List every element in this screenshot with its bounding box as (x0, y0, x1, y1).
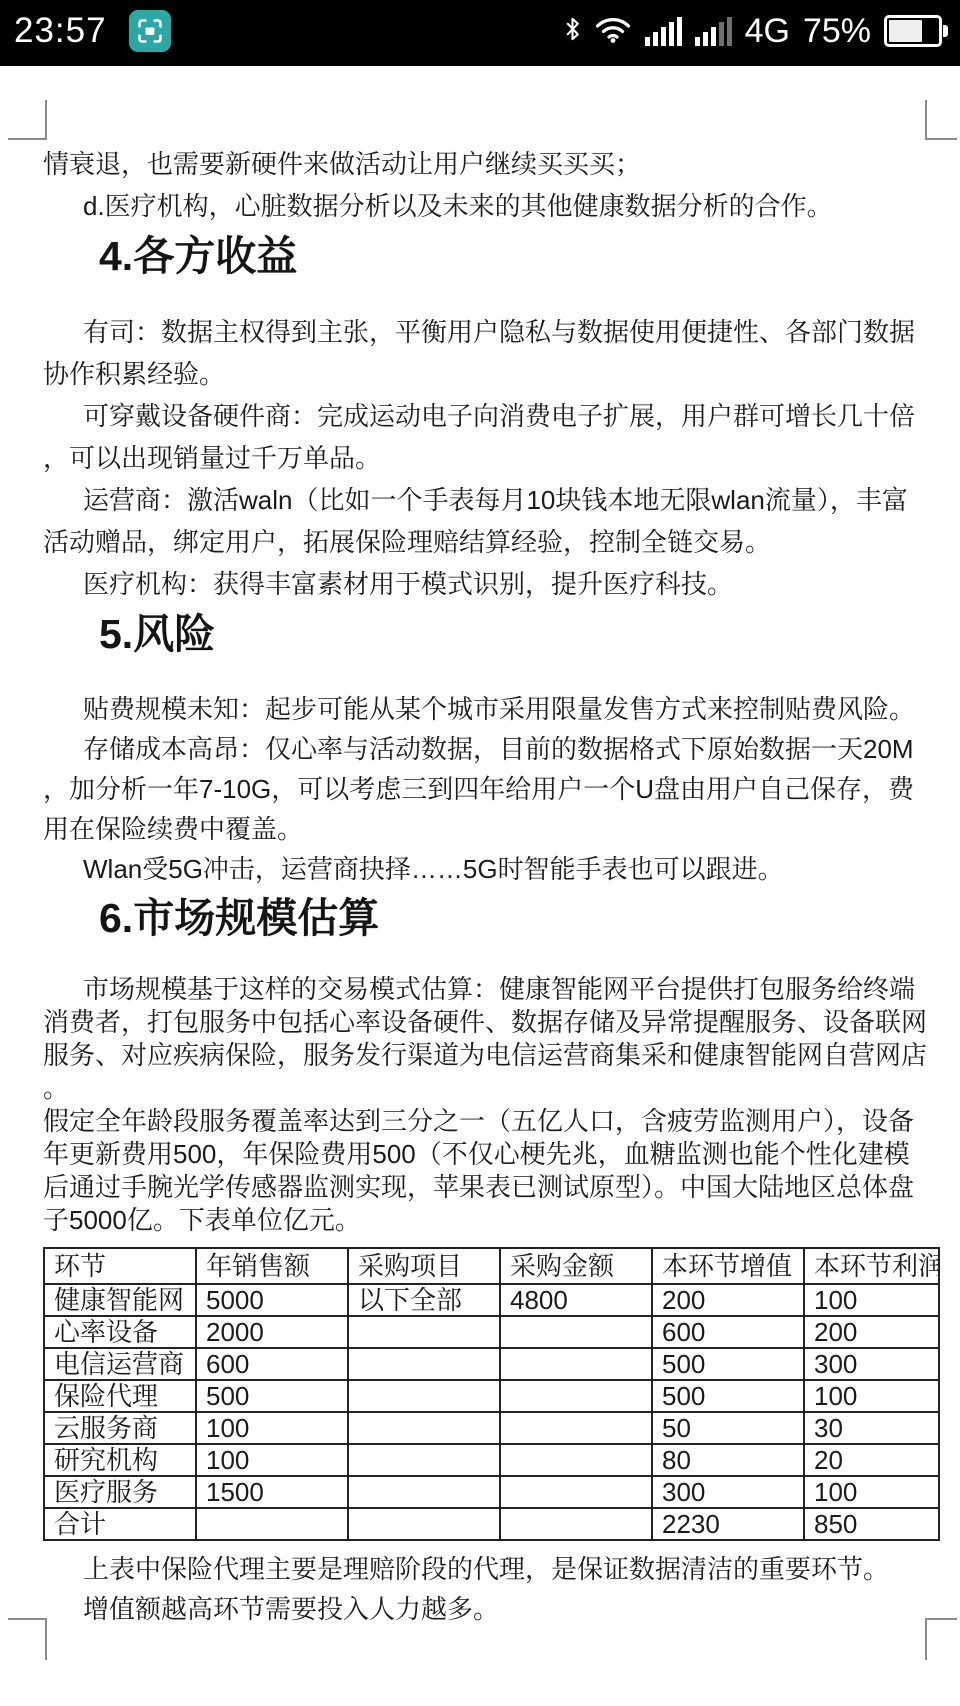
table-cell (500, 1412, 652, 1444)
table-cell: 850 (804, 1508, 939, 1540)
screenshot-icon (129, 10, 171, 52)
table-cell (196, 1508, 348, 1540)
page-corner-mark-bottom-left (8, 1618, 47, 1660)
status-bar-right-cluster: 4G 75% (551, 12, 950, 51)
paragraph: 有司：数据主权得到主张，平衡用户隐私与数据使用便捷性、各部门数据协作积累经验。 (43, 311, 928, 395)
page-corner-mark-top-right (925, 100, 957, 140)
table-cell (500, 1380, 652, 1412)
table-header-cell: 本环节增值 (652, 1248, 804, 1284)
table-cell: 500 (652, 1380, 804, 1412)
table-cell: 2230 (652, 1508, 804, 1540)
table-cell: 80 (652, 1444, 804, 1476)
document-page[interactable]: 情衰退，也需要新硬件来做活动让用户继续买买买；d.医疗机构，心脏数据分析以及未来… (0, 66, 960, 1706)
paragraph: 市场规模基于这样的交易模式估算：健康智能网平台提供打包服务给终端消费者，打包服务… (43, 973, 928, 1105)
battery-percent-label: 75% (803, 12, 871, 51)
battery-fill (889, 20, 922, 42)
page-corner-mark-bottom-right (925, 1618, 957, 1660)
table-cell: 健康智能网 (44, 1284, 196, 1316)
table-cell (500, 1508, 652, 1540)
status-bar: 23:57 4G (0, 0, 960, 66)
table-cell: 500 (652, 1348, 804, 1380)
table-row: 健康智能网5000以下全部4800200100 (44, 1284, 939, 1316)
document-section: 5.风险贴费规模未知：起步可能从某个城市采用限量发售方式来控制贴费风险。存储成本… (43, 609, 928, 889)
paragraph: 存储成本高昂：仅心率与活动数据，目前的数据格式下原始数据一天20M，加分析一年7… (43, 729, 928, 849)
table-cell: 心率设备 (44, 1316, 196, 1348)
table-row: 医疗服务1500300100 (44, 1476, 939, 1508)
table-cell: 200 (652, 1284, 804, 1316)
table-cell: 100 (804, 1284, 939, 1316)
table-cell: 以下全部 (348, 1284, 500, 1316)
paragraph: 上表中保险代理主要是理赔阶段的代理，是保证数据清洁的重要环节。 (43, 1549, 928, 1589)
document-section: 4.各方收益有司：数据主权得到主张，平衡用户隐私与数据使用便捷性、各部门数据协作… (43, 231, 928, 605)
battery-nub (943, 25, 948, 37)
table-cell: 300 (652, 1476, 804, 1508)
paragraph: d.医疗机构，心脏数据分析以及未来的其他健康数据分析的合作。 (43, 185, 928, 227)
paragraph: 假定全年龄段服务覆盖率达到三分之一（五亿人口，含疲劳监测用户），设备年更新费用5… (43, 1105, 928, 1237)
table-cell: 600 (196, 1348, 348, 1380)
paragraph: 增值额越高环节需要投入人力越多。 (43, 1589, 928, 1629)
battery-icon (884, 15, 942, 47)
table-header-cell: 年销售额 (196, 1248, 348, 1284)
paragraph: 情衰退，也需要新硬件来做活动让用户继续买买买； (43, 143, 928, 185)
table-cell (348, 1476, 500, 1508)
table-cell: 保险代理 (44, 1380, 196, 1412)
table-cell: 医疗服务 (44, 1476, 196, 1508)
clock: 23:57 (14, 11, 107, 51)
table-row: 保险代理500500100 (44, 1380, 939, 1412)
table-cell (348, 1316, 500, 1348)
table-cell: 100 (804, 1476, 939, 1508)
table-cell (348, 1412, 500, 1444)
table-cell: 100 (196, 1412, 348, 1444)
table-cell (348, 1348, 500, 1380)
table-cell: 100 (804, 1380, 939, 1412)
paragraph: Wlan受5G冲击，运营商抉择……5G时智能手表也可以跟进。 (43, 849, 928, 889)
table-cell: 5000 (196, 1284, 348, 1316)
table-cell: 云服务商 (44, 1412, 196, 1444)
signal-strength-icon-sim2 (695, 16, 732, 46)
table-cell (348, 1508, 500, 1540)
section-heading: 6.市场规模估算 (43, 893, 928, 943)
table-row: 云服务商1005030 (44, 1412, 939, 1444)
table-cell: 30 (804, 1412, 939, 1444)
signal-strength-icon-sim1 (645, 16, 682, 46)
table-cell (500, 1348, 652, 1380)
table-cell: 1500 (196, 1476, 348, 1508)
table-cell: 100 (196, 1444, 348, 1476)
leading-paragraphs: 情衰退，也需要新硬件来做活动让用户继续买买买；d.医疗机构，心脏数据分析以及未来… (43, 143, 928, 227)
table-cell: 4800 (500, 1284, 652, 1316)
table-cell: 20 (804, 1444, 939, 1476)
table-cell: 500 (196, 1380, 348, 1412)
table-cell (500, 1444, 652, 1476)
trailing-paragraphs: 上表中保险代理主要是理赔阶段的代理，是保证数据清洁的重要环节。增值额越高环节需要… (43, 1549, 928, 1629)
table-header-cell: 采购金额 (500, 1248, 652, 1284)
table-cell: 电信运营商 (44, 1348, 196, 1380)
table-row: 心率设备2000600200 (44, 1316, 939, 1348)
table-cell: 合计 (44, 1508, 196, 1540)
page-corner-mark-top-left (8, 100, 47, 140)
wifi-icon (594, 14, 632, 49)
paragraph: 可穿戴设备硬件商：完成运动电子向消费电子扩展，用户群可增长几十倍，可以出现销量过… (43, 395, 928, 479)
paragraph: 运营商：激活waln（比如一个手表每月10块钱本地无限wlan流量），丰富活动赠… (43, 479, 928, 563)
document-section: 6.市场规模估算市场规模基于这样的交易模式估算：健康智能网平台提供打包服务给终端… (43, 893, 928, 1237)
table-header-row: 环节年销售额采购项目采购金额本环节增值本环节利润 (44, 1248, 939, 1284)
table-cell: 200 (804, 1316, 939, 1348)
table-cell: 300 (804, 1348, 939, 1380)
table-cell (348, 1444, 500, 1476)
paragraph: 贴费规模未知：起步可能从某个城市采用限量发售方式来控制贴费风险。 (43, 689, 928, 729)
section-heading: 5.风险 (43, 609, 928, 659)
table-cell: 600 (652, 1316, 804, 1348)
bluetooth-icon (564, 14, 581, 49)
table-cell: 研究机构 (44, 1444, 196, 1476)
paragraph: 医疗机构：获得丰富素材用于模式识别，提升医疗科技。 (43, 563, 928, 605)
section-heading: 4.各方收益 (43, 231, 928, 281)
table-row: 电信运营商600500300 (44, 1348, 939, 1380)
document-content: 情衰退，也需要新硬件来做活动让用户继续买买买；d.医疗机构，心脏数据分析以及未来… (0, 66, 960, 1629)
table-cell: 50 (652, 1412, 804, 1444)
market-estimation-table: 环节年销售额采购项目采购金额本环节增值本环节利润健康智能网5000以下全部480… (43, 1247, 940, 1541)
table-header-cell: 本环节利润 (804, 1248, 939, 1284)
table-header-cell: 环节 (44, 1248, 196, 1284)
table-cell (500, 1476, 652, 1508)
network-type-label: 4G (745, 12, 790, 51)
table-row: 合计2230850 (44, 1508, 939, 1540)
table-row: 研究机构1008020 (44, 1444, 939, 1476)
table-cell (500, 1316, 652, 1348)
table-header-cell: 采购项目 (348, 1248, 500, 1284)
table-cell: 2000 (196, 1316, 348, 1348)
table-cell (348, 1380, 500, 1412)
